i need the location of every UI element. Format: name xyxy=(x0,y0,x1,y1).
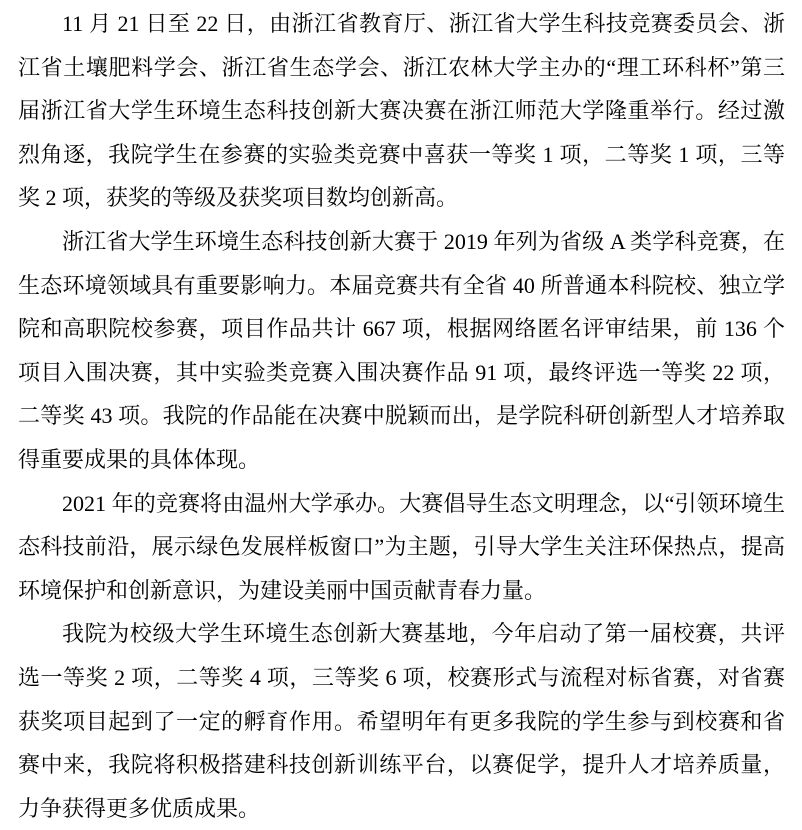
paragraph-school-contest: 我院为校级大学生环境生态创新大赛基地，今年启动了第一届校赛，共评选一等奖 2 项… xyxy=(18,612,785,830)
paragraph-competition-background: 浙江省大学生环境生态科技创新大赛于 2019 年列为省级 A 类学科竞赛，在生态… xyxy=(18,220,785,482)
paragraph-award-news: 11 月 21 日至 22 日，由浙江省教育厅、浙江省大学生科技竞赛委员会、浙江… xyxy=(18,2,785,220)
paragraph-next-year-plan: 2021 年的竞赛将由温州大学承办。大赛倡导生态文明理念，以“引领环境生态科技前… xyxy=(18,482,785,613)
document-page: 11 月 21 日至 22 日，由浙江省教育厅、浙江省大学生科技竞赛委员会、浙江… xyxy=(0,0,802,830)
